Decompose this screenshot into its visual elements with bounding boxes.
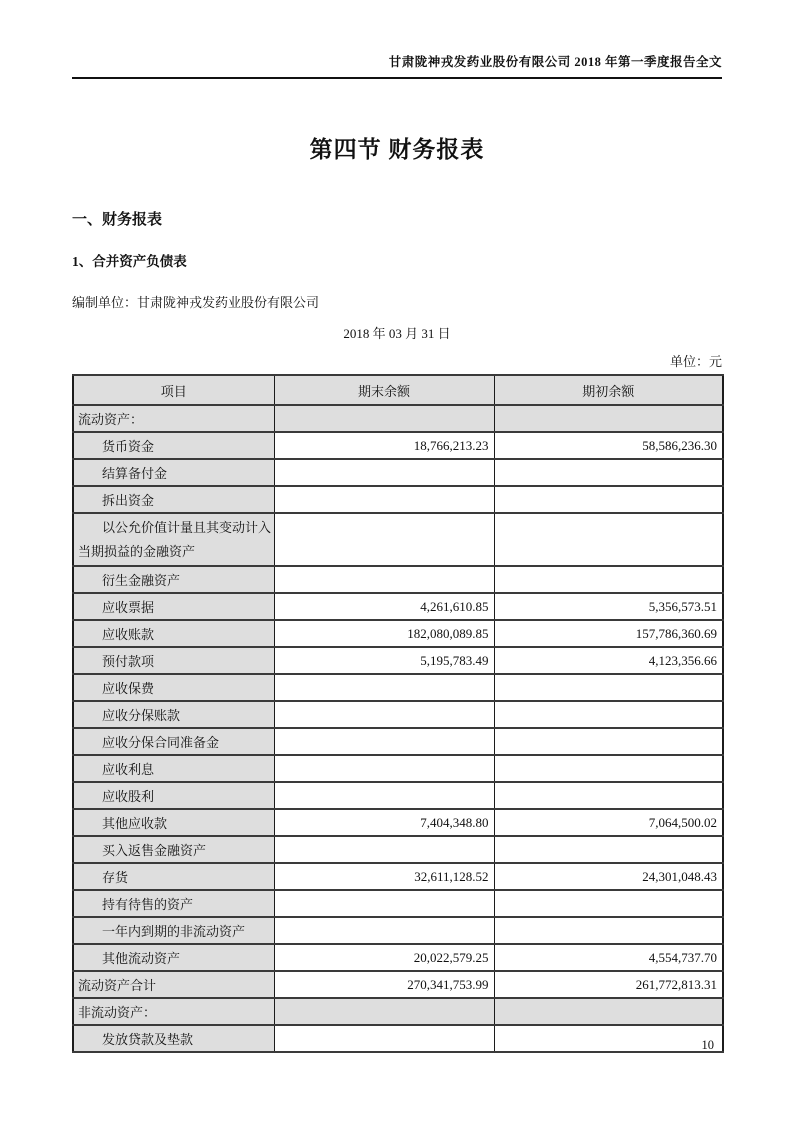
beginning-balance-cell: 157,786,360.69 bbox=[494, 620, 723, 647]
ending-balance-cell: 32,611,128.52 bbox=[274, 863, 494, 890]
item-label-cell: 应收分保合同准备金 bbox=[73, 728, 274, 755]
balance-sheet-table: 项目 期末余额 期初余额 流动资产：货币资金18,766,213.2358,58… bbox=[72, 374, 724, 1053]
beginning-balance-cell bbox=[494, 755, 723, 782]
ending-balance-cell bbox=[274, 728, 494, 755]
balance-sheet-body: 流动资产：货币资金18,766,213.2358,586,236.30结算备付金… bbox=[73, 405, 723, 1052]
item-label-cell: 应收股利 bbox=[73, 782, 274, 809]
beginning-balance-cell: 7,064,500.02 bbox=[494, 809, 723, 836]
item-label-cell: 非流动资产： bbox=[73, 998, 274, 1025]
beginning-balance-cell bbox=[494, 1025, 723, 1052]
table-row: 买入返售金融资产 bbox=[73, 836, 723, 863]
ending-balance-cell bbox=[274, 755, 494, 782]
table-row: 结算备付金 bbox=[73, 459, 723, 486]
ending-balance-cell bbox=[274, 566, 494, 593]
column-header-item: 项目 bbox=[73, 375, 274, 405]
table-row: 应收票据4,261,610.855,356,573.51 bbox=[73, 593, 723, 620]
beginning-balance-cell: 5,356,573.51 bbox=[494, 593, 723, 620]
ending-balance-cell bbox=[274, 890, 494, 917]
table-row: 应收股利 bbox=[73, 782, 723, 809]
table-row: 应收账款182,080,089.85157,786,360.69 bbox=[73, 620, 723, 647]
ending-balance-cell bbox=[274, 917, 494, 944]
table-row: 应收保费 bbox=[73, 674, 723, 701]
beginning-balance-cell bbox=[494, 728, 723, 755]
beginning-balance-cell bbox=[494, 459, 723, 486]
item-label-cell: 存货 bbox=[73, 863, 274, 890]
ending-balance-cell: 7,404,348.80 bbox=[274, 809, 494, 836]
table-header-row: 项目 期末余额 期初余额 bbox=[73, 375, 723, 405]
subsection-heading-consolidated-balance-sheet: 1、合并资产负债表 bbox=[72, 250, 722, 270]
ending-balance-cell bbox=[274, 998, 494, 1025]
item-label-cell: 流动资产合计 bbox=[73, 971, 274, 998]
item-label-cell: 拆出资金 bbox=[73, 486, 274, 513]
item-label-cell: 应收账款 bbox=[73, 620, 274, 647]
item-label-cell: 预付款项 bbox=[73, 647, 274, 674]
item-label-cell: 应收票据 bbox=[73, 593, 274, 620]
beginning-balance-cell bbox=[494, 486, 723, 513]
ending-balance-cell bbox=[274, 405, 494, 432]
running-header: 甘肃陇神戎发药业股份有限公司 2018 年第一季度报告全文 bbox=[72, 0, 722, 79]
item-label-cell: 发放贷款及垫款 bbox=[73, 1025, 274, 1052]
unit-note: 单位：元 bbox=[72, 351, 722, 370]
item-label-cell: 货币资金 bbox=[73, 432, 274, 459]
table-row: 应收分保合同准备金 bbox=[73, 728, 723, 755]
table-row: 衍生金融资产 bbox=[73, 566, 723, 593]
beginning-balance-cell bbox=[494, 998, 723, 1025]
report-date: 2018 年 03 月 31 日 bbox=[72, 323, 722, 342]
prepared-by-line: 编制单位：甘肃陇神戎发药业股份有限公司 bbox=[72, 292, 722, 311]
item-label-cell: 应收分保账款 bbox=[73, 701, 274, 728]
ending-balance-cell: 270,341,753.99 bbox=[274, 971, 494, 998]
ending-balance-cell bbox=[274, 1025, 494, 1052]
item-label-cell: 衍生金融资产 bbox=[73, 566, 274, 593]
ending-balance-cell bbox=[274, 836, 494, 863]
ending-balance-cell: 20,022,579.25 bbox=[274, 944, 494, 971]
beginning-balance-cell bbox=[494, 405, 723, 432]
table-row: 应收分保账款 bbox=[73, 701, 723, 728]
item-label-cell: 以公允价值计量且其变动计入当期损益的金融资产 bbox=[73, 513, 274, 566]
ending-balance-cell bbox=[274, 701, 494, 728]
section-heading-financial-statements: 一、财务报表 bbox=[72, 208, 722, 229]
beginning-balance-cell bbox=[494, 566, 723, 593]
ending-balance-cell: 182,080,089.85 bbox=[274, 620, 494, 647]
item-label-cell: 其他应收款 bbox=[73, 809, 274, 836]
beginning-balance-cell bbox=[494, 513, 723, 566]
column-header-beginning-balance: 期初余额 bbox=[494, 375, 723, 405]
table-row: 应收利息 bbox=[73, 755, 723, 782]
item-label-cell: 其他流动资产 bbox=[73, 944, 274, 971]
beginning-balance-cell: 261,772,813.31 bbox=[494, 971, 723, 998]
page-number: 10 bbox=[702, 1038, 715, 1053]
item-label-cell: 流动资产： bbox=[73, 405, 274, 432]
ending-balance-cell bbox=[274, 674, 494, 701]
table-row: 预付款项5,195,783.494,123,356.66 bbox=[73, 647, 723, 674]
ending-balance-cell bbox=[274, 513, 494, 566]
table-row: 一年内到期的非流动资产 bbox=[73, 917, 723, 944]
item-label-cell: 持有待售的资产 bbox=[73, 890, 274, 917]
ending-balance-cell: 5,195,783.49 bbox=[274, 647, 494, 674]
table-row: 流动资产合计270,341,753.99261,772,813.31 bbox=[73, 971, 723, 998]
beginning-balance-cell bbox=[494, 674, 723, 701]
beginning-balance-cell bbox=[494, 890, 723, 917]
beginning-balance-cell: 4,123,356.66 bbox=[494, 647, 723, 674]
table-row: 以公允价值计量且其变动计入当期损益的金融资产 bbox=[73, 513, 723, 566]
ending-balance-cell bbox=[274, 782, 494, 809]
table-row: 货币资金18,766,213.2358,586,236.30 bbox=[73, 432, 723, 459]
item-label-cell: 应收利息 bbox=[73, 755, 274, 782]
table-row: 其他应收款7,404,348.807,064,500.02 bbox=[73, 809, 723, 836]
beginning-balance-cell bbox=[494, 917, 723, 944]
document-page: 甘肃陇神戎发药业股份有限公司 2018 年第一季度报告全文 第四节 财务报表 一… bbox=[0, 0, 793, 1122]
ending-balance-cell bbox=[274, 459, 494, 486]
table-row: 发放贷款及垫款 bbox=[73, 1025, 723, 1052]
page-title: 第四节 财务报表 bbox=[72, 131, 722, 164]
beginning-balance-cell bbox=[494, 782, 723, 809]
table-row: 非流动资产： bbox=[73, 998, 723, 1025]
beginning-balance-cell bbox=[494, 836, 723, 863]
table-row: 其他流动资产20,022,579.254,554,737.70 bbox=[73, 944, 723, 971]
table-row: 拆出资金 bbox=[73, 486, 723, 513]
beginning-balance-cell: 4,554,737.70 bbox=[494, 944, 723, 971]
ending-balance-cell bbox=[274, 486, 494, 513]
beginning-balance-cell bbox=[494, 701, 723, 728]
item-label-cell: 一年内到期的非流动资产 bbox=[73, 917, 274, 944]
ending-balance-cell: 4,261,610.85 bbox=[274, 593, 494, 620]
column-header-ending-balance: 期末余额 bbox=[274, 375, 494, 405]
item-label-cell: 结算备付金 bbox=[73, 459, 274, 486]
table-row: 存货32,611,128.5224,301,048.43 bbox=[73, 863, 723, 890]
item-label-cell: 应收保费 bbox=[73, 674, 274, 701]
table-row: 持有待售的资产 bbox=[73, 890, 723, 917]
table-row: 流动资产： bbox=[73, 405, 723, 432]
item-label-cell: 买入返售金融资产 bbox=[73, 836, 274, 863]
beginning-balance-cell: 24,301,048.43 bbox=[494, 863, 723, 890]
ending-balance-cell: 18,766,213.23 bbox=[274, 432, 494, 459]
beginning-balance-cell: 58,586,236.30 bbox=[494, 432, 723, 459]
